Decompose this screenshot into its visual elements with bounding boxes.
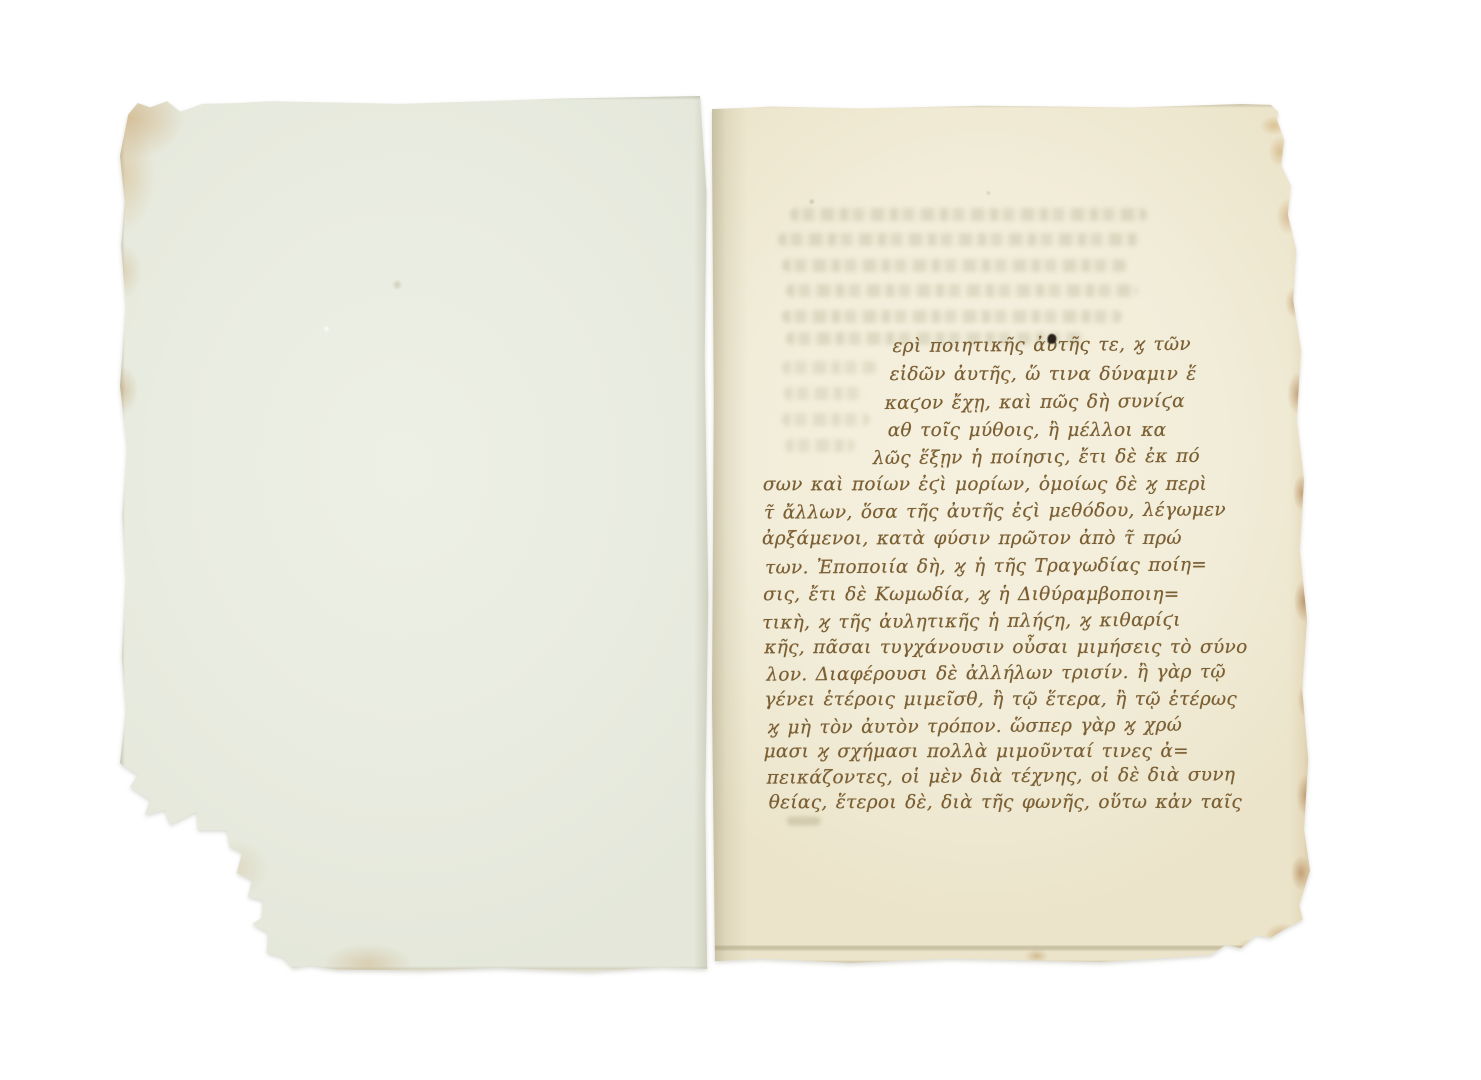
- manuscript-text-line: λῶς ἕξῃν ἡ ποίησις, ἔτι δὲ ἐκ πό: [873, 446, 1200, 470]
- greek-text-block: ερὶ ποιητικῆς ἀυτῆς τε, ϗ τῶν εἰδῶν ἀυτῆ…: [711, 103, 1314, 969]
- manuscript-text-line: ἀρξάμενοι, κατὰ φύσιν πρῶτον ἀπὸ τ̃ πρώ: [762, 528, 1182, 550]
- manuscript-text-line: τ̃ ἄλλων, ὅσα τῆς ἀυτῆς ἐϛὶ μεθόδου, λέγ…: [764, 499, 1226, 524]
- manuscript-text-line: μασι ϗ σχήμασι πολλὰ μιμοῦνταί τινες ἀ=: [764, 741, 1189, 763]
- right-page-surface: ερὶ ποιητικῆς ἀυτῆς τε, ϗ τῶν εἰδῶν ἀυτῆ…: [712, 104, 1313, 968]
- manuscript-text-line: εἰδῶν ἀυτῆς, ὥ τινα δύναμιν ἕ: [890, 364, 1197, 386]
- left-page-surface: [120, 96, 710, 974]
- manuscript-text-line: γένει ἑτέροις μιμεῖσθ, ἢ τῷ ἕτερα, ἢ τῷ …: [764, 689, 1237, 711]
- manuscript-text-line: λον. Διαφέρουσι δὲ ἀλλήλων τρισίν. ἢ γὰρ…: [766, 661, 1226, 686]
- manuscript-photograph: ερὶ ποιητικῆς ἀυτῆς τε, ϗ τῶν εἰδῶν ἀυτῆ…: [0, 0, 1481, 1080]
- manuscript-text-line: σις, ἔτι δὲ Κωμωδία, ϗ ἡ Διθύραμβοποιη=: [763, 584, 1179, 606]
- manuscript-text-line: σων καὶ ποίων ἐϛὶ μορίων, ὁμοίως δὲ ϗ πε…: [763, 474, 1207, 496]
- left-page: [120, 96, 710, 974]
- manuscript-text-line: θείας, ἕτεροι δὲ, διὰ τῆς φωνῆς, οὕτω κἀ…: [769, 792, 1242, 814]
- manuscript-text-line: αθ τοῖς μύθοις, ἢ μέλλοι κα: [888, 420, 1167, 442]
- faint-smudge: [787, 817, 821, 826]
- manuscript-text-line: πεικάζοντες, οἱ μὲν διὰ τέχνης, οἱ δὲ δι…: [767, 764, 1236, 789]
- manuscript-text-line: τικὴ, ϗ τῆς ἀυλητικῆς ἡ πλήϛη, ϗ κιθαρίϛ…: [762, 610, 1181, 635]
- manuscript-text-line: ϗ μὴ τὸν ἀυτὸν τρόπον. ὥσπερ γὰρ ϗ χρώ: [767, 715, 1182, 740]
- right-page: ερὶ ποιητικῆς ἀυτῆς τε, ϗ τῶν εἰδῶν ἀυτῆ…: [712, 104, 1313, 968]
- manuscript-text-line: των. Ἐποποιία δὴ, ϗ ἡ τῆς Τραγωδίας ποίη…: [765, 555, 1207, 580]
- manuscript-text-line: κῆς, πᾶσαι τυγχάνουσιν οὖσαι μιμήσεις τὸ…: [764, 637, 1247, 659]
- manuscript-text-line: καϛον ἔχῃ, καὶ πῶς δὴ συνίϛα: [885, 391, 1185, 415]
- manuscript-text-line: ερὶ ποιητικῆς ἀυτῆς τε, ϗ τῶν: [892, 334, 1191, 358]
